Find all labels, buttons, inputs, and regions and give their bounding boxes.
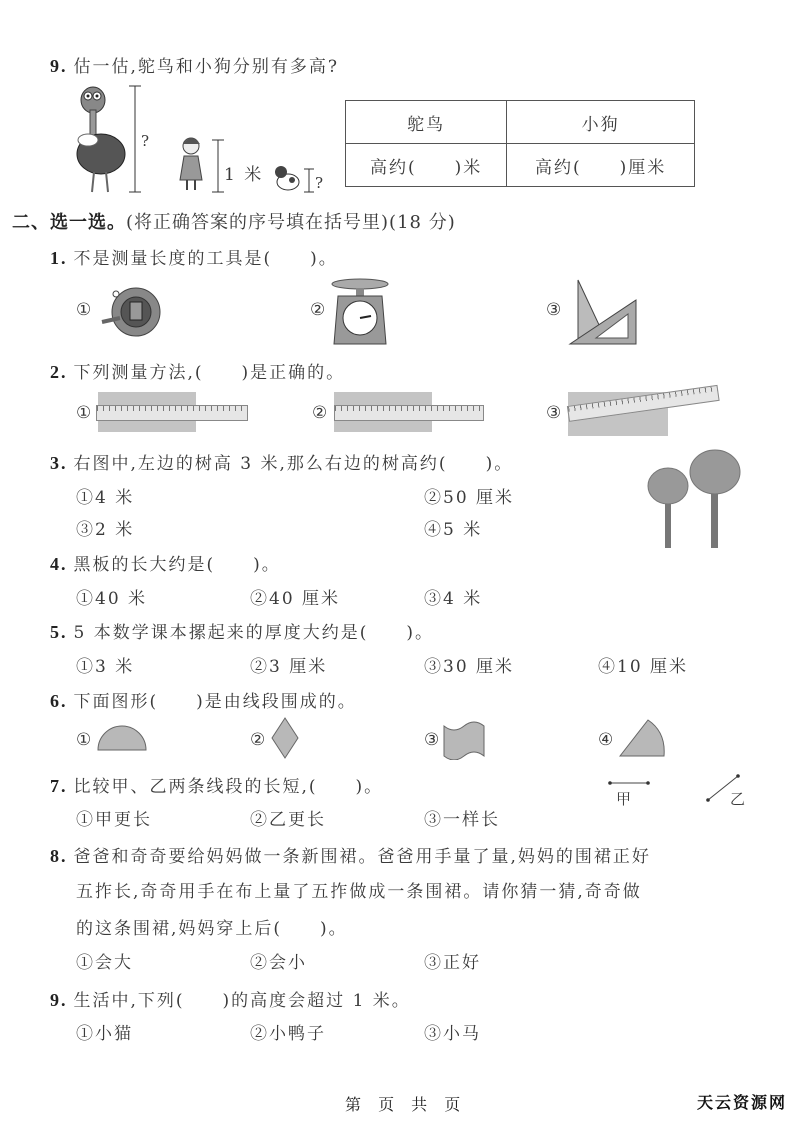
page-footer: 第 页 共 页 (345, 1092, 466, 1115)
girl-icon (180, 138, 202, 190)
option-1[interactable]: ①甲更长 (76, 805, 152, 830)
option-4-mark[interactable]: ④ (598, 730, 613, 750)
section-heading: 二、选一选。(将正确答案的序号填在括号里)(18 分) (12, 208, 456, 234)
question-text-line-3: 的这条围裙,妈妈穿上后( )。 (76, 914, 348, 939)
question-6: 6.下面图形( )是由线段围成的。 (50, 687, 357, 712)
option-2[interactable]: ②3 厘米 (250, 652, 327, 677)
ruler-offset-icon (96, 405, 248, 421)
option-1[interactable]: ①小猫 (76, 1019, 133, 1044)
question-number: 7. (50, 776, 68, 796)
option-3-mark[interactable]: ③ (424, 730, 439, 750)
question-text: 下列测量方法,( )是正确的。 (74, 363, 346, 383)
option-1[interactable]: ①3 米 (76, 652, 134, 677)
option-3-mark[interactable]: ③ (546, 403, 561, 423)
question-number: 2. (50, 362, 68, 382)
brand-watermark: 天云资源网 (697, 1090, 787, 1113)
question-number: 8. (50, 846, 68, 866)
option-1[interactable]: ①4 米 (76, 483, 134, 508)
question-number: 4. (50, 554, 68, 574)
option-3-mark[interactable]: ③ (546, 300, 561, 320)
question-7: 7.比较甲、乙两条线段的长短,( )。 (50, 772, 383, 797)
question-number: 6. (50, 691, 68, 711)
set-squares-icon (566, 278, 640, 348)
question-text-line-1: 爸爸和奇奇要给妈妈做一条新围裙。爸爸用手量了量,妈妈的围裙正好 (74, 847, 651, 867)
option-2[interactable]: ②40 厘米 (250, 584, 340, 609)
rhombus-icon (270, 716, 300, 760)
option-2-mark[interactable]: ② (312, 403, 327, 423)
ostrich-icon (77, 87, 125, 192)
option-2-mark[interactable]: ② (250, 730, 265, 750)
option-2[interactable]: ②50 厘米 (424, 483, 514, 508)
question-text: 黑板的长大约是( )。 (74, 555, 281, 575)
ruler-aligned-icon (334, 405, 484, 421)
option-2[interactable]: ②乙更长 (250, 805, 326, 830)
question-text: 5 本数学课本摞起来的厚度大约是( )。 (74, 623, 434, 643)
tape-measure-icon (96, 282, 166, 342)
option-1-mark[interactable]: ① (76, 300, 91, 320)
dog-answer-cell[interactable]: 高约( )厘米 (507, 144, 695, 187)
option-3[interactable]: ③2 米 (76, 515, 134, 540)
girl-height-label: 1 米 (224, 160, 263, 185)
segment-jia-label: 甲 (616, 788, 633, 809)
option-1[interactable]: ①会大 (76, 948, 133, 973)
question-text: 估一估,鸵鸟和小狗分别有多高? (74, 57, 340, 77)
question-text: 右图中,左边的树高 3 米,那么右边的树高约( )。 (74, 454, 514, 474)
question-number: 1. (50, 248, 68, 268)
question-2: 2.下列测量方法,( )是正确的。 (50, 358, 345, 383)
question-8: 8.爸爸和奇奇要给妈妈做一条新围裙。爸爸用手量了量,妈妈的围裙正好 (50, 842, 651, 867)
ostrich-girl-dog-illustration (66, 84, 336, 199)
question-text: 生活中,下列( )的高度会超过 1 米。 (74, 991, 411, 1011)
question-text: 比较甲、乙两条线段的长短,( )。 (74, 777, 384, 797)
question-number: 3. (50, 453, 68, 473)
option-3[interactable]: ③一样长 (424, 805, 500, 830)
option-1[interactable]: ①40 米 (76, 584, 147, 609)
question-5: 5.5 本数学课本摞起来的厚度大约是( )。 (50, 618, 434, 643)
question-text-line-2: 五拃长,奇奇用手在布上量了五拃做成一条围裙。请你猜一猜,奇奇做 (76, 877, 642, 902)
question-1: 1.不是测量长度的工具是( )。 (50, 244, 338, 269)
ostrich-answer-cell[interactable]: 高约( )米 (346, 144, 507, 187)
section-title: 二、选一选。 (12, 212, 126, 233)
question-9: 9.生活中,下列( )的高度会超过 1 米。 (50, 986, 411, 1011)
estimate-table: 鸵鸟 小狗 高约( )米 高约( )厘米 (345, 100, 695, 187)
question-text: 不是测量长度的工具是( )。 (74, 249, 338, 269)
option-1-mark[interactable]: ① (76, 403, 91, 423)
option-3[interactable]: ③正好 (424, 948, 481, 973)
question-4: 4.黑板的长大约是( )。 (50, 550, 281, 575)
wavy-flag-icon (442, 720, 488, 760)
two-trees-icon (645, 446, 745, 550)
section-instruction: (将正确答案的序号填在括号里)(18 分) (126, 212, 456, 233)
option-3[interactable]: ③小马 (424, 1019, 481, 1044)
table-header-ostrich: 鸵鸟 (346, 101, 507, 144)
option-1-mark[interactable]: ① (76, 730, 91, 750)
question-number: 5. (50, 622, 68, 642)
question-number: 9. (50, 56, 68, 76)
segment-yi-label: 乙 (730, 788, 747, 809)
option-2[interactable]: ②会小 (250, 948, 307, 973)
question-3: 3.右图中,左边的树高 3 米,那么右边的树高约( )。 (50, 449, 513, 474)
question-number: 9. (50, 990, 68, 1010)
ostrich-height-label: ? (141, 132, 151, 150)
option-4[interactable]: ④5 米 (424, 515, 482, 540)
semicircle-icon (96, 724, 148, 752)
kitchen-scale-icon (330, 278, 390, 346)
option-4[interactable]: ④10 厘米 (598, 652, 688, 677)
table-header-dog: 小狗 (507, 101, 695, 144)
option-2[interactable]: ②小鸭子 (250, 1019, 326, 1044)
option-3[interactable]: ③4 米 (424, 584, 482, 609)
estimate-question: 9.估一估,鸵鸟和小狗分别有多高? (50, 52, 339, 77)
option-3[interactable]: ③30 厘米 (424, 652, 514, 677)
option-2-mark[interactable]: ② (310, 300, 325, 320)
curved-quad-icon (618, 718, 668, 758)
dog-height-label: ? (315, 174, 325, 192)
question-text: 下面图形( )是由线段围成的。 (74, 692, 357, 712)
dog-icon (275, 166, 299, 190)
